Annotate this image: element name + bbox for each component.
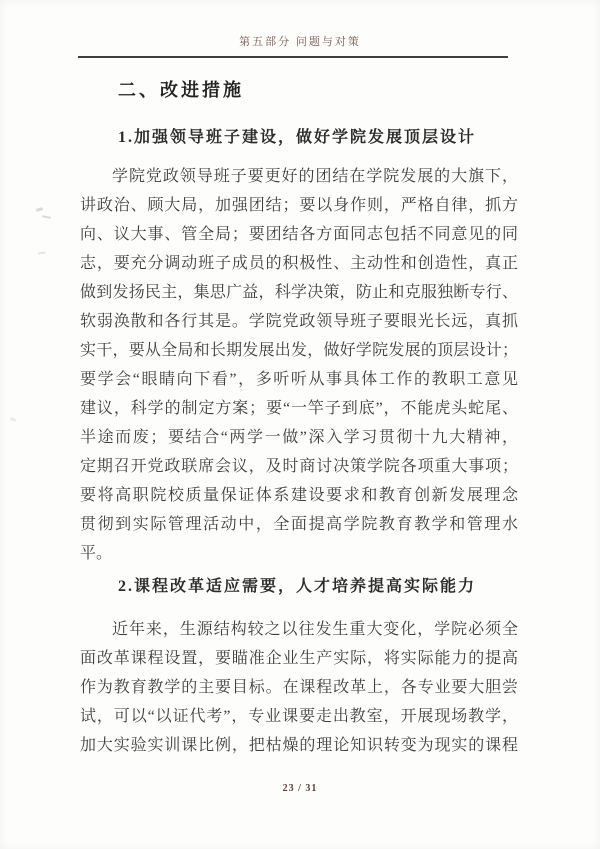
text-line: 试，可以“以证代考”，专业课要走出教室，开展现场教学， <box>80 702 518 731</box>
page-number: 23 / 31 <box>0 783 600 794</box>
text-line: 作为教育教学的主要目标。在课程改革上，各专业要大胆尝 <box>80 673 518 702</box>
paragraph-2: 近年来，生源结构较之以往发生重大变化，学院必须全面改革课程设置，要瞄准企业生产实… <box>80 615 518 760</box>
text-line: 要将高职院校质量保证体系建设要求和教育创新发展理念 <box>80 481 518 510</box>
header-rule <box>78 56 508 58</box>
subheading-1: 1.加强领导班子建设，做好学院发展顶层设计 <box>118 124 476 147</box>
text-line: 近年来，生源结构较之以往发生重大变化，学院必须全 <box>80 615 518 644</box>
text-line: 向、议大事、管全局；要团结各方面同志包括不同意见的同 <box>80 220 518 249</box>
text-line: 加大实验实训课比例，把枯燥的理论知识转变为现实的课程 <box>80 731 518 760</box>
text-line: 建议，科学的制定方案；要“一竿子到底”，不能虎头蛇尾、 <box>80 394 518 423</box>
text-line: 要学会“眼睛向下看”，多听听从事具体工作的教职工意见 <box>80 365 518 394</box>
document-page: 第五部分 问题与对策 二、改进措施 1.加强领导班子建设，做好学院发展顶层设计 … <box>0 0 600 849</box>
paragraph-1: 学院党政领导班子要更好的团结在学院发展的大旗下，讲政治、顾大局，加强团结；要以身… <box>80 162 518 568</box>
scan-artifact <box>38 251 46 254</box>
text-line: 做到发扬民主，集思广益，科学决策，防止和克服独断专行、 <box>80 278 518 307</box>
scan-artifact <box>36 207 44 212</box>
scan-artifact <box>10 417 17 422</box>
text-line: 讲政治、顾大局，加强团结；要以身作则，严格自律，抓方 <box>80 191 518 220</box>
subheading-2: 2.课程改革适应需要，人才培养提高实际能力 <box>118 573 476 596</box>
text-line: 志，要充分调动班子成员的积极性、主动性和创造性，真正 <box>80 249 518 278</box>
section-heading: 二、改进措施 <box>118 76 244 102</box>
text-line: 平。 <box>80 539 518 568</box>
text-line: 实干，要从全局和长期发展出发，做好学院发展的顶层设计； <box>80 336 518 365</box>
text-line: 软弱涣散和各行其是。学院党政领导班子要眼光长远，真抓 <box>80 307 518 336</box>
text-line: 定期召开党政联席会议，及时商讨决策学院各项重大事项； <box>80 452 518 481</box>
scan-artifact <box>42 215 51 219</box>
text-line: 面改革课程设置，要瞄准企业生产实际，将实际能力的提高 <box>80 644 518 673</box>
text-line: 贯彻到实际管理活动中，全面提高学院教育教学和管理水 <box>80 510 518 539</box>
running-header: 第五部分 问题与对策 <box>0 33 600 49</box>
text-line: 半途而废；要结合“两学一做”深入学习贯彻十九大精神， <box>80 423 518 452</box>
text-line: 学院党政领导班子要更好的团结在学院发展的大旗下， <box>80 162 518 191</box>
